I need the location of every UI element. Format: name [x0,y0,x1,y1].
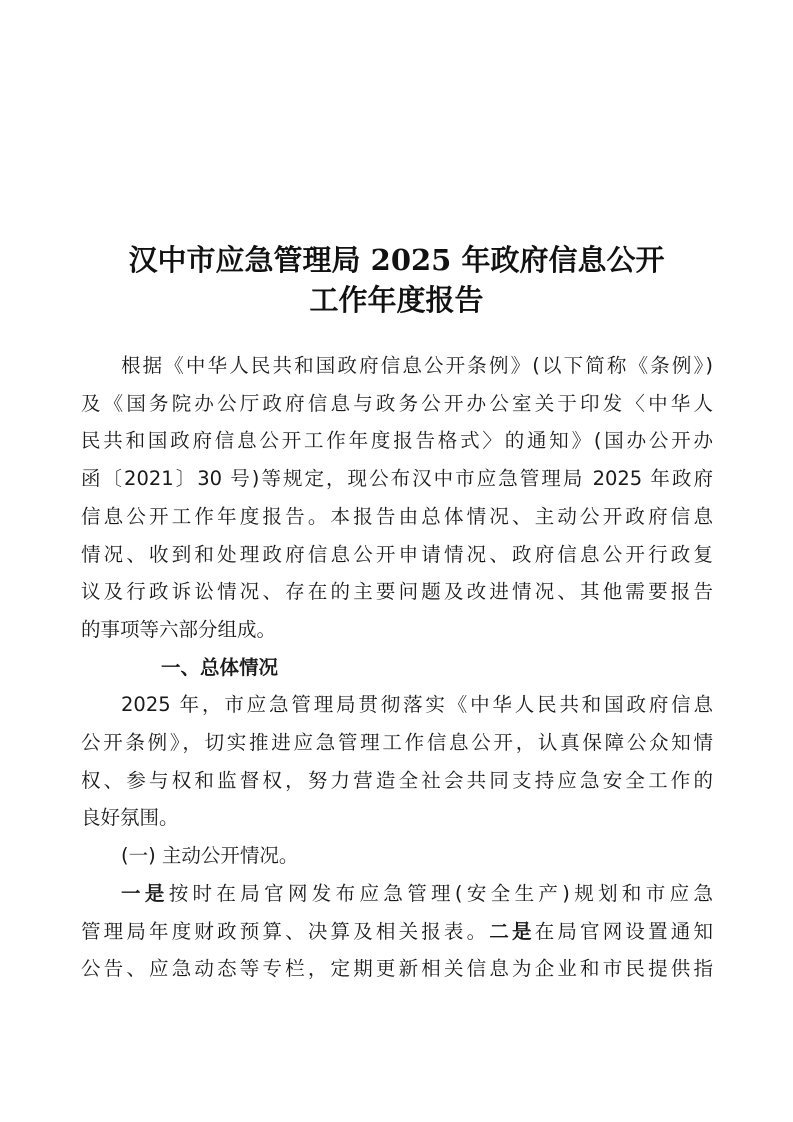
emphasis-second: 二是 [489,920,534,943]
text-line: 管理局年度财政预算、决算及相关报表。二是在局官网设置通知 [81,913,713,951]
text-segment: 按时在局官网发布应急管理(安全生产)规划和市应急 [169,882,713,905]
text-line: 情况、收到和处理政府信息公开申请情况、政府信息公开行政复 [81,536,713,574]
document-page: 汉中市应急管理局 2025 年政府信息公开 工作年度报告 根据《中华人民共和国政… [0,0,793,1122]
document-title-line-1: 汉中市应急管理局 2025 年政府信息公开 [0,240,793,280]
section-heading-overview: 一、总体情况 [81,649,713,687]
text-line: 根据《中华人民共和国政府信息公开条例》(以下简称《条例》) [81,347,713,385]
emphasis-first: 一是 [121,882,169,905]
document-body: 根据《中华人民共和国政府信息公开条例》(以下简称《条例》) 及《国务院办公厅政府… [81,347,713,988]
active-disclosure-paragraph: 一是按时在局官网发布应急管理(安全生产)规划和市应急 管理局年度财政预算、决算及… [81,875,713,988]
text-line: 公开条例》，切实推进应急管理工作信息公开，认真保障公众知情 [81,724,713,762]
text-line: 公告、应急动态等专栏，定期更新相关信息为企业和市民提供指 [81,950,713,988]
text-line: 良好氛围。 [81,799,713,837]
intro-paragraph: 根据《中华人民共和国政府信息公开条例》(以下简称《条例》) 及《国务院办公厅政府… [81,347,713,649]
text-line: 的事项等六部分组成。 [81,611,713,649]
overview-paragraph: 2025 年，市应急管理局贯彻落实《中华人民共和国政府信息 公开条例》，切实推进… [81,686,713,837]
text-line: 及《国务院办公厅政府信息与政务公开办公室关于印发〈中华人 [81,385,713,423]
document-title-line-2: 工作年度报告 [0,280,793,320]
text-line: 一是按时在局官网发布应急管理(安全生产)规划和市应急 [81,875,713,913]
text-segment: 在局官网设置通知 [535,920,713,943]
subsection-heading-active-disclosure: (一) 主动公开情况。 [81,837,713,875]
text-line: 权、参与权和监督权，努力营造全社会共同支持应急安全工作的 [81,762,713,800]
text-line: 信息公开工作年度报告。本报告由总体情况、主动公开政府信息 [81,498,713,536]
text-line: 议及行政诉讼情况、存在的主要问题及改进情况、其他需要报告 [81,573,713,611]
text-line: 2025 年，市应急管理局贯彻落实《中华人民共和国政府信息 [81,686,713,724]
text-line: 函〔2021〕30 号)等规定，现公布汉中市应急管理局 2025 年政府 [81,460,713,498]
text-segment: 管理局年度财政预算、决算及相关报表。 [81,920,489,943]
text-line: 民共和国政府信息公开工作年度报告格式〉的通知》(国办公开办 [81,422,713,460]
